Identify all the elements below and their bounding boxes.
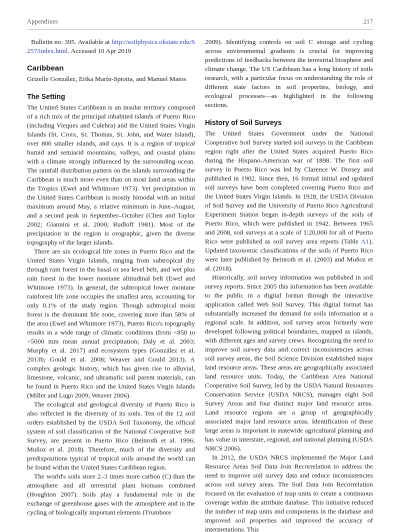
authors-line: Grizelle González, Erika Marín-Spiotta, … [27,75,195,84]
left-column: Bulletin no. 395. Available at http://so… [27,38,195,532]
paragraph-setting-1: The United States Caribbean is an insula… [27,103,195,247]
paragraph-history-1: The United States Government under the N… [205,129,373,273]
paragraph-history-2: Historically, soil survey information wa… [205,273,373,453]
reference-text-after: . Accessed 10 Apr 2019 [68,47,131,55]
subsection-title-history-of-soil-surveys: History of Soil Surveys [205,119,373,127]
section-title-caribbean: Caribbean [27,64,195,73]
paragraph-setting-3: The ecological and geological diversity … [27,400,195,472]
reference-text-before: Bulletin no. 395. Available at [31,38,112,46]
running-head-title: Appendixes [27,18,58,26]
reference-entry: Bulletin no. 395. Available at http://so… [27,38,195,56]
paragraph-setting-2: There are six ecological life zones in P… [27,247,195,400]
subsection-title-the-setting: The Setting [27,93,195,101]
paragraph-setting-4: The world's soils store 2–3 times more c… [27,472,195,517]
table-a1-link[interactable]: A1 [361,238,369,246]
history-text-before-link: The United States Government under the N… [205,130,373,246]
running-header: Appendixes 217 [27,18,373,30]
document-page: Appendixes 217 Bulletin no. 395. Availab… [0,0,400,532]
page-number: 217 [363,18,373,26]
paragraph-setting-continuation: 2009). Identifying controls on soil C st… [205,38,373,110]
two-column-body: Bulletin no. 395. Available at http://so… [27,38,373,532]
paragraph-history-3: In 2012, the USDA NRCS implemented the M… [205,453,373,532]
right-column: 2009). Identifying controls on soil C st… [205,38,373,532]
